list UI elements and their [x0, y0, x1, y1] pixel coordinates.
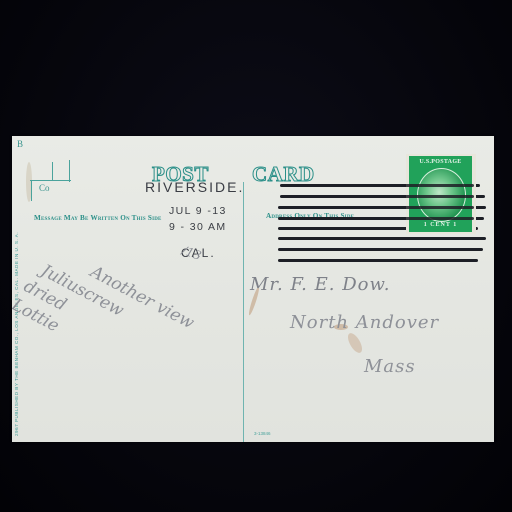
logo-b: B	[17, 139, 23, 149]
address-name: Mr. F. E. Dow.	[250, 274, 390, 295]
postmark-time: 9 - 30 AM	[169, 221, 227, 233]
print-code: 3-13846	[254, 431, 271, 436]
address-state: Mass	[364, 356, 416, 377]
center-divider	[243, 182, 244, 442]
handwritten-message: Another view Juliuscrew dried Lottie	[12, 232, 198, 393]
postmark-date: JUL 9 -13	[169, 205, 227, 217]
stamp-top-text: U.S.POSTAGE	[412, 159, 469, 165]
logo-co: Co	[39, 183, 50, 193]
stamp-denomination: 1 CENT 1	[412, 222, 469, 230]
postcard-back: 2967 PUBLISHED BY THE BENHAM CO., LOS AN…	[12, 136, 494, 442]
address-city: North Andover	[290, 312, 439, 333]
postage-stamp: U.S.POSTAGE 1 CENT 1	[406, 154, 476, 234]
message-side-label: Message May Be Written On This Side	[34, 214, 162, 222]
postmark-city: RIVERSIDE.	[145, 179, 244, 195]
stain	[345, 331, 365, 355]
